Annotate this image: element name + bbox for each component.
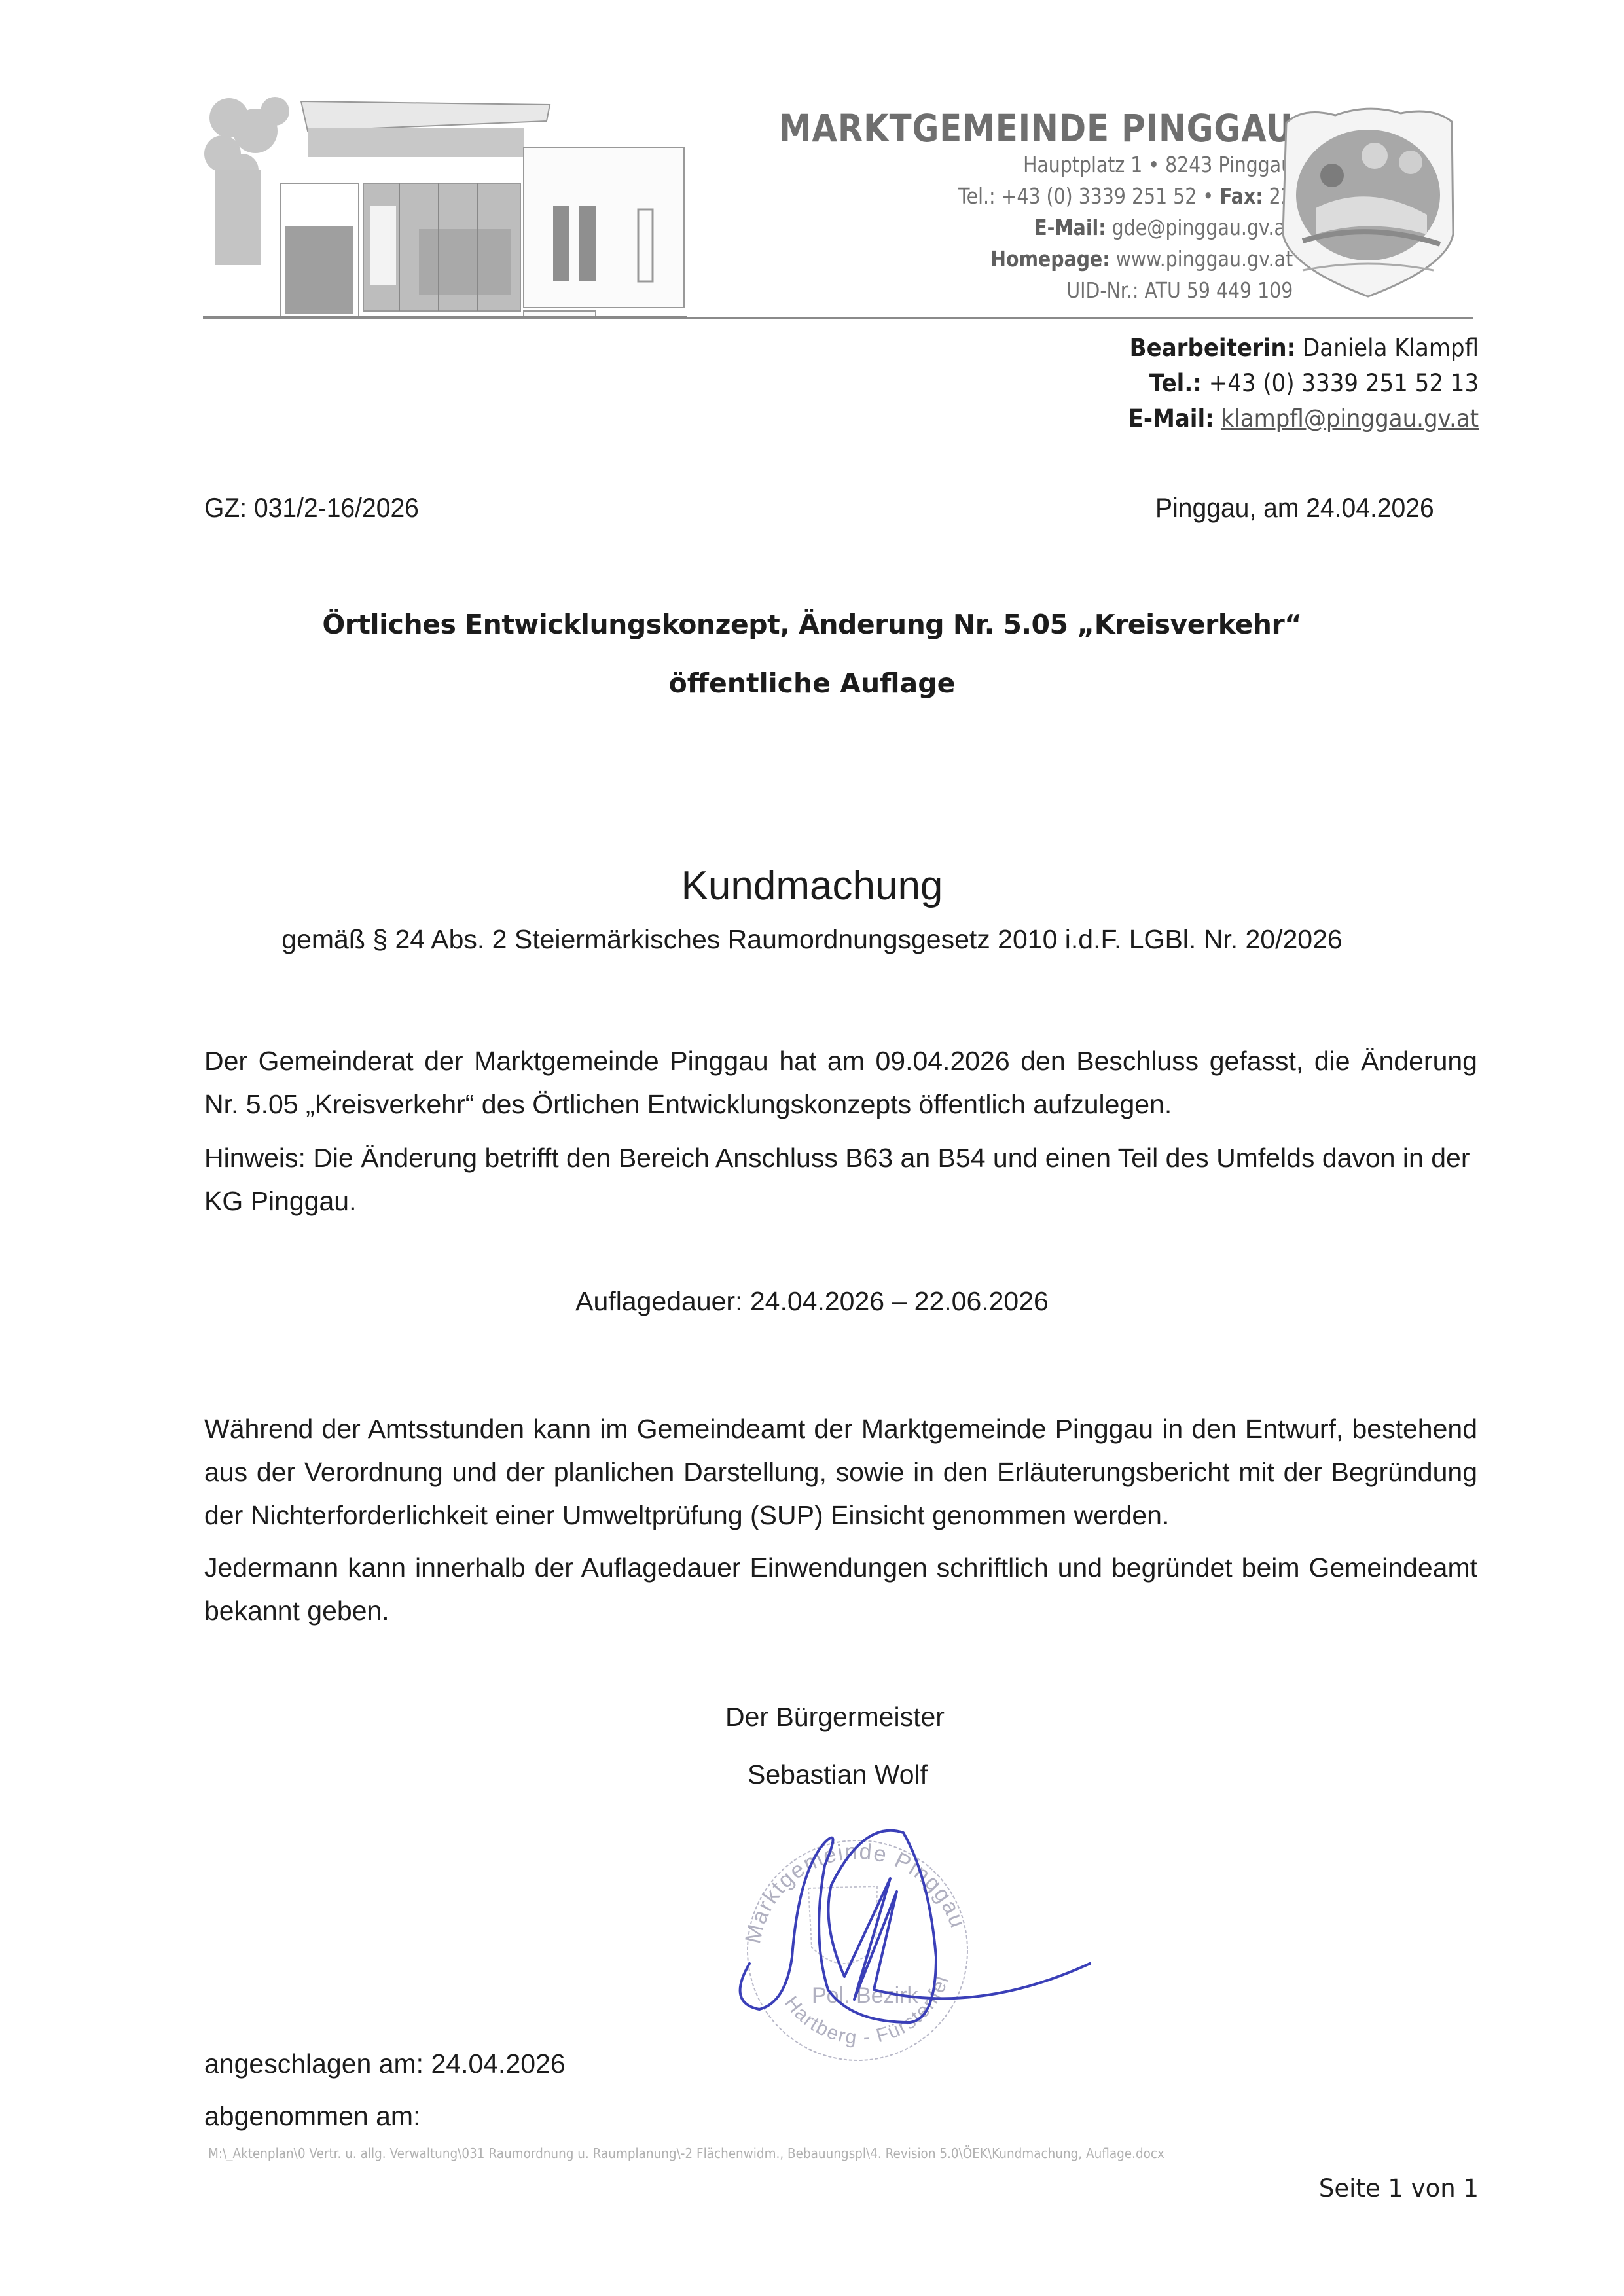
clerk-email-link[interactable]: klampfl@pinggau.gv.at <box>1221 404 1479 433</box>
place-and-date: Pinggau, am 24.04.2026 <box>1155 492 1434 524</box>
clerk-phone-line: Tel.: +43 (0) 3339 251 52 13 <box>1128 366 1479 401</box>
inspection-paragraph: Während der Amtsstunden kann im Gemeinde… <box>204 1407 1477 1537</box>
letterhead-email: E-Mail: gde@pinggau.gv.at <box>1034 215 1293 240</box>
clerk-contact-block: Bearbeiterin: Daniela Klampfl Tel.: +43 … <box>1128 331 1479 437</box>
clerk-role-label: Bearbeiterin: <box>1130 334 1296 362</box>
letterhead-address: Hauptplatz 1 • 8243 Pinggau <box>1023 152 1293 177</box>
phone-label: Tel.: <box>958 183 995 209</box>
document-file-path: M:\_Aktenplan\0 Vertr. u. allg. Verwaltu… <box>208 2145 1164 2161</box>
display-period: Auflagedauer: 24.04.2026 – 22.06.2026 <box>0 1286 1624 1317</box>
subject-title: Örtliches Entwicklungskonzept, Änderung … <box>0 609 1624 640</box>
legal-basis: gemäß § 24 Abs. 2 Steiermärkisches Raumo… <box>0 924 1624 955</box>
clerk-email-label: E-Mail: <box>1128 404 1214 433</box>
signatory-name: Sebastian Wolf <box>748 1759 928 1790</box>
resolution-paragraph: Der Gemeinderat der Marktgemeinde Pingga… <box>204 1039 1477 1126</box>
header-divider <box>203 317 1473 319</box>
letterhead-phone: Tel.: +43 (0) 3339 251 52 • Fax: 22 <box>958 183 1293 209</box>
email-label: E-Mail: <box>1034 215 1106 240</box>
phone-value: +43 (0) 3339 251 52 <box>1001 183 1197 209</box>
clerk-email-line: E-Mail: klampfl@pinggau.gv.at <box>1128 401 1479 437</box>
town-hall-building-image: MARKTGEMEINDE PINGGAU <box>203 92 687 317</box>
posted-date: angeschlagen am: 24.04.2026 <box>204 2049 566 2079</box>
signatory-title: Der Bürgermeister <box>725 1702 945 1732</box>
letterhead: MARKTGEMEINDE PINGGAU MARKTGEMEINDE PING… <box>203 92 1473 321</box>
fax-label: Fax: <box>1219 183 1263 209</box>
letterhead-uid: UID-Nr.: ATU 59 449 109 <box>1066 278 1293 303</box>
subject-subtitle: öffentliche Auflage <box>0 668 1624 699</box>
coat-of-arms-icon <box>1276 103 1460 300</box>
homepage-value[interactable]: www.pinggau.gv.at <box>1115 246 1293 272</box>
organization-name: MARKTGEMEINDE PINGGAU <box>778 106 1293 151</box>
uid-value: ATU 59 449 109 <box>1144 278 1293 303</box>
notice-heading: Kundmachung <box>0 863 1624 909</box>
letterhead-homepage: Homepage: www.pinggau.gv.at <box>990 246 1293 272</box>
file-reference-number: GZ: 031/2-16/2026 <box>204 492 419 524</box>
official-stamp-and-signature: Marktgemeinde Pinggau Hartberg - Fürsten… <box>713 1806 1093 2068</box>
stamp-text-top: Marktgemeinde Pinggau <box>740 1839 971 1946</box>
clerk-phone-label: Tel.: <box>1149 369 1202 397</box>
homepage-label: Homepage: <box>990 246 1110 272</box>
uid-label: UID-Nr.: <box>1066 278 1138 303</box>
email-value[interactable]: gde@pinggau.gv.at <box>1112 215 1293 240</box>
clerk-name-line: Bearbeiterin: Daniela Klampfl <box>1128 331 1479 366</box>
removed-date: abgenommen am: <box>204 2101 420 2132</box>
clerk-phone: +43 (0) 3339 251 52 13 <box>1209 369 1479 397</box>
clerk-name: Daniela Klampfl <box>1303 334 1479 362</box>
note-paragraph: Hinweis: Die Änderung betrifft den Berei… <box>204 1136 1477 1223</box>
page-number: Seite 1 von 1 <box>1319 2174 1479 2202</box>
svg-text:Marktgemeinde Pinggau: Marktgemeinde Pinggau <box>740 1839 971 1946</box>
objection-paragraph: Jedermann kann innerhalb der Auflagedaue… <box>204 1546 1477 1632</box>
